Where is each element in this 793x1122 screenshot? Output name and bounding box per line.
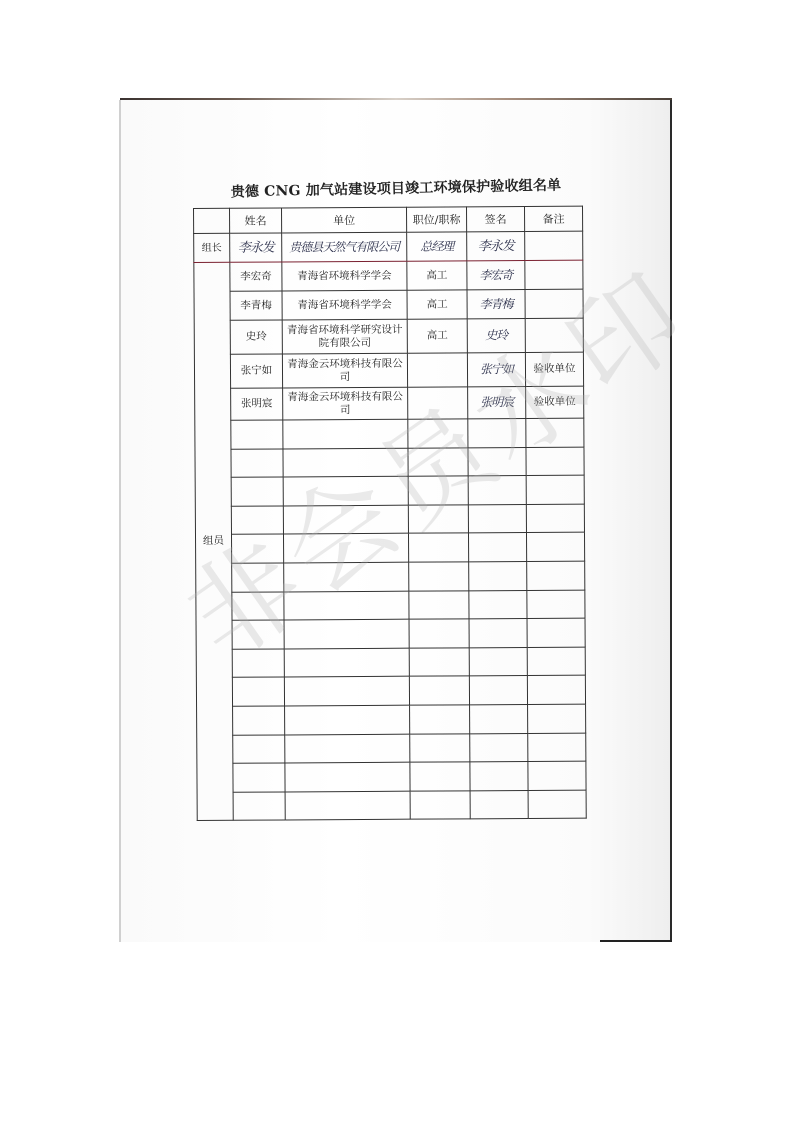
empty-row xyxy=(197,733,586,764)
empty-cell xyxy=(468,533,526,562)
empty-cell xyxy=(528,733,586,762)
empty-cell xyxy=(527,647,585,676)
empty-cell xyxy=(469,647,527,676)
empty-cell xyxy=(526,447,584,476)
empty-cell xyxy=(408,533,468,562)
empty-cell xyxy=(469,561,527,590)
empty-cell xyxy=(232,620,284,649)
empty-cell xyxy=(469,619,527,648)
empty-cell xyxy=(409,562,469,591)
empty-cell xyxy=(284,591,409,620)
empty-cell xyxy=(528,790,586,819)
empty-cell xyxy=(469,590,527,619)
leader-unit-handwritten: 贵德县天然气有限公司 xyxy=(282,232,407,262)
member-unit: 青海金云环境科技有限公司 xyxy=(283,387,408,420)
empty-cell xyxy=(231,534,283,563)
empty-cell xyxy=(232,677,284,706)
empty-row xyxy=(196,618,585,649)
empty-cell xyxy=(284,648,409,677)
empty-cell xyxy=(468,504,526,533)
empty-cell xyxy=(283,476,408,505)
empty-cell xyxy=(231,477,283,506)
member-unit: 青海省环境科学研究设计院有限公司 xyxy=(282,319,407,354)
member-note xyxy=(525,260,583,289)
member-signature: 张明宸 xyxy=(468,386,526,418)
empty-cell xyxy=(408,447,468,476)
empty-cell xyxy=(231,420,283,449)
member-unit: 青海金云环境科技有限公司 xyxy=(282,353,407,388)
empty-row xyxy=(195,475,584,506)
empty-cell xyxy=(408,505,468,534)
photo-right-edge xyxy=(670,100,672,942)
leader-row: 组长 李永发 贵德县天然气有限公司 总经理 李永发 xyxy=(194,231,583,262)
empty-cell xyxy=(526,418,584,447)
member-row: 李青梅青海省环境科学学会高工李青梅 xyxy=(194,289,583,320)
empty-cell xyxy=(233,792,285,821)
empty-cell xyxy=(410,791,470,820)
member-signature: 张宁如 xyxy=(467,352,525,386)
member-name: 李宏奇 xyxy=(230,262,282,291)
empty-cell xyxy=(231,449,283,478)
member-signature: 李宏奇 xyxy=(467,260,525,289)
header-unit: 单位 xyxy=(282,207,407,233)
member-note xyxy=(525,289,583,318)
member-name: 张宁如 xyxy=(230,354,282,388)
empty-cell xyxy=(469,676,527,705)
member-title: 高工 xyxy=(407,319,467,353)
empty-cell xyxy=(409,590,469,619)
member-note: 验收单位 xyxy=(525,352,583,386)
empty-cell xyxy=(283,534,408,563)
header-note: 备注 xyxy=(524,206,582,231)
empty-cell xyxy=(527,561,585,590)
empty-cell xyxy=(283,505,408,534)
leader-role-label: 组长 xyxy=(194,233,230,262)
member-note: 验收单位 xyxy=(526,386,584,418)
empty-row xyxy=(196,647,585,678)
empty-cell xyxy=(468,418,526,447)
empty-cell xyxy=(470,733,528,762)
empty-cell xyxy=(285,705,410,734)
member-title xyxy=(407,353,467,387)
header-signature: 签名 xyxy=(466,206,524,231)
empty-cell xyxy=(231,506,283,535)
empty-cell xyxy=(409,676,469,705)
member-title xyxy=(408,387,468,419)
empty-cell xyxy=(470,762,528,791)
empty-row xyxy=(196,590,585,621)
member-signature: 李青梅 xyxy=(467,289,525,318)
empty-row xyxy=(197,761,586,792)
acceptance-team-table: 姓名 单位 职位/职称 签名 备注 组长 李永发 贵德县天然气有限公司 总经理 … xyxy=(193,206,586,822)
leader-title-handwritten: 总经理 xyxy=(407,232,467,261)
empty-row xyxy=(195,532,584,563)
empty-cell xyxy=(233,706,285,735)
empty-cell xyxy=(528,761,586,790)
empty-cell xyxy=(285,762,410,791)
empty-cell xyxy=(468,476,526,505)
empty-cell xyxy=(410,705,470,734)
leader-note xyxy=(525,231,583,260)
empty-cell xyxy=(528,704,586,733)
empty-cell xyxy=(410,733,470,762)
member-row: 史玲青海省环境科学研究设计院有限公司高工史玲 xyxy=(194,318,583,354)
empty-cell xyxy=(232,592,284,621)
empty-cell xyxy=(284,562,409,591)
empty-cell xyxy=(409,648,469,677)
member-unit: 青海省环境科学学会 xyxy=(282,261,407,291)
member-unit: 青海省环境科学学会 xyxy=(282,290,407,320)
empty-cell xyxy=(284,619,409,648)
empty-cell xyxy=(232,649,284,678)
photo-left-edge xyxy=(119,100,121,942)
leader-signature: 李永发 xyxy=(467,231,525,260)
empty-row xyxy=(197,704,586,735)
header-role xyxy=(194,208,230,233)
header-name: 姓名 xyxy=(230,208,282,233)
header-title: 职位/职称 xyxy=(406,207,466,232)
empty-row xyxy=(196,675,585,706)
empty-cell xyxy=(527,590,585,619)
empty-row xyxy=(195,447,584,478)
member-title: 高工 xyxy=(407,261,467,290)
empty-cell xyxy=(470,704,528,733)
empty-cell xyxy=(285,791,410,820)
leader-name-handwritten: 李永发 xyxy=(230,233,282,262)
empty-cell xyxy=(526,504,584,533)
empty-cell xyxy=(410,762,470,791)
photo-bottom-edge xyxy=(600,940,672,942)
empty-cell xyxy=(408,419,468,448)
member-title: 高工 xyxy=(407,290,467,319)
empty-cell xyxy=(285,734,410,763)
member-name: 史玲 xyxy=(230,320,282,354)
empty-cell xyxy=(284,677,409,706)
empty-cell xyxy=(526,532,584,561)
member-name: 李青梅 xyxy=(230,291,282,320)
member-name: 张明宸 xyxy=(231,388,283,420)
member-note xyxy=(525,318,583,352)
empty-row xyxy=(196,561,585,592)
empty-cell xyxy=(526,475,584,504)
empty-row xyxy=(195,418,584,449)
member-row: 张宁如青海金云环境科技有限公司张宁如验收单位 xyxy=(194,352,583,388)
empty-cell xyxy=(408,476,468,505)
table-header-row: 姓名 单位 职位/职称 签名 备注 xyxy=(194,206,583,233)
empty-cell xyxy=(527,675,585,704)
member-signature: 史玲 xyxy=(467,318,525,352)
empty-cell xyxy=(233,763,285,792)
empty-cell xyxy=(283,448,408,477)
empty-row xyxy=(195,504,584,535)
empty-cell xyxy=(527,618,585,647)
empty-cell xyxy=(283,419,408,448)
member-role-label: 组员 xyxy=(194,262,233,821)
member-row: 张明宸青海金云环境科技有限公司张明宸验收单位 xyxy=(195,386,584,420)
empty-cell xyxy=(468,447,526,476)
member-row: 组员李宏奇青海省环境科学学会高工李宏奇 xyxy=(194,260,583,291)
empty-cell xyxy=(233,734,285,763)
empty-row xyxy=(197,790,586,821)
empty-cell xyxy=(232,563,284,592)
empty-cell xyxy=(409,619,469,648)
empty-cell xyxy=(470,790,528,819)
